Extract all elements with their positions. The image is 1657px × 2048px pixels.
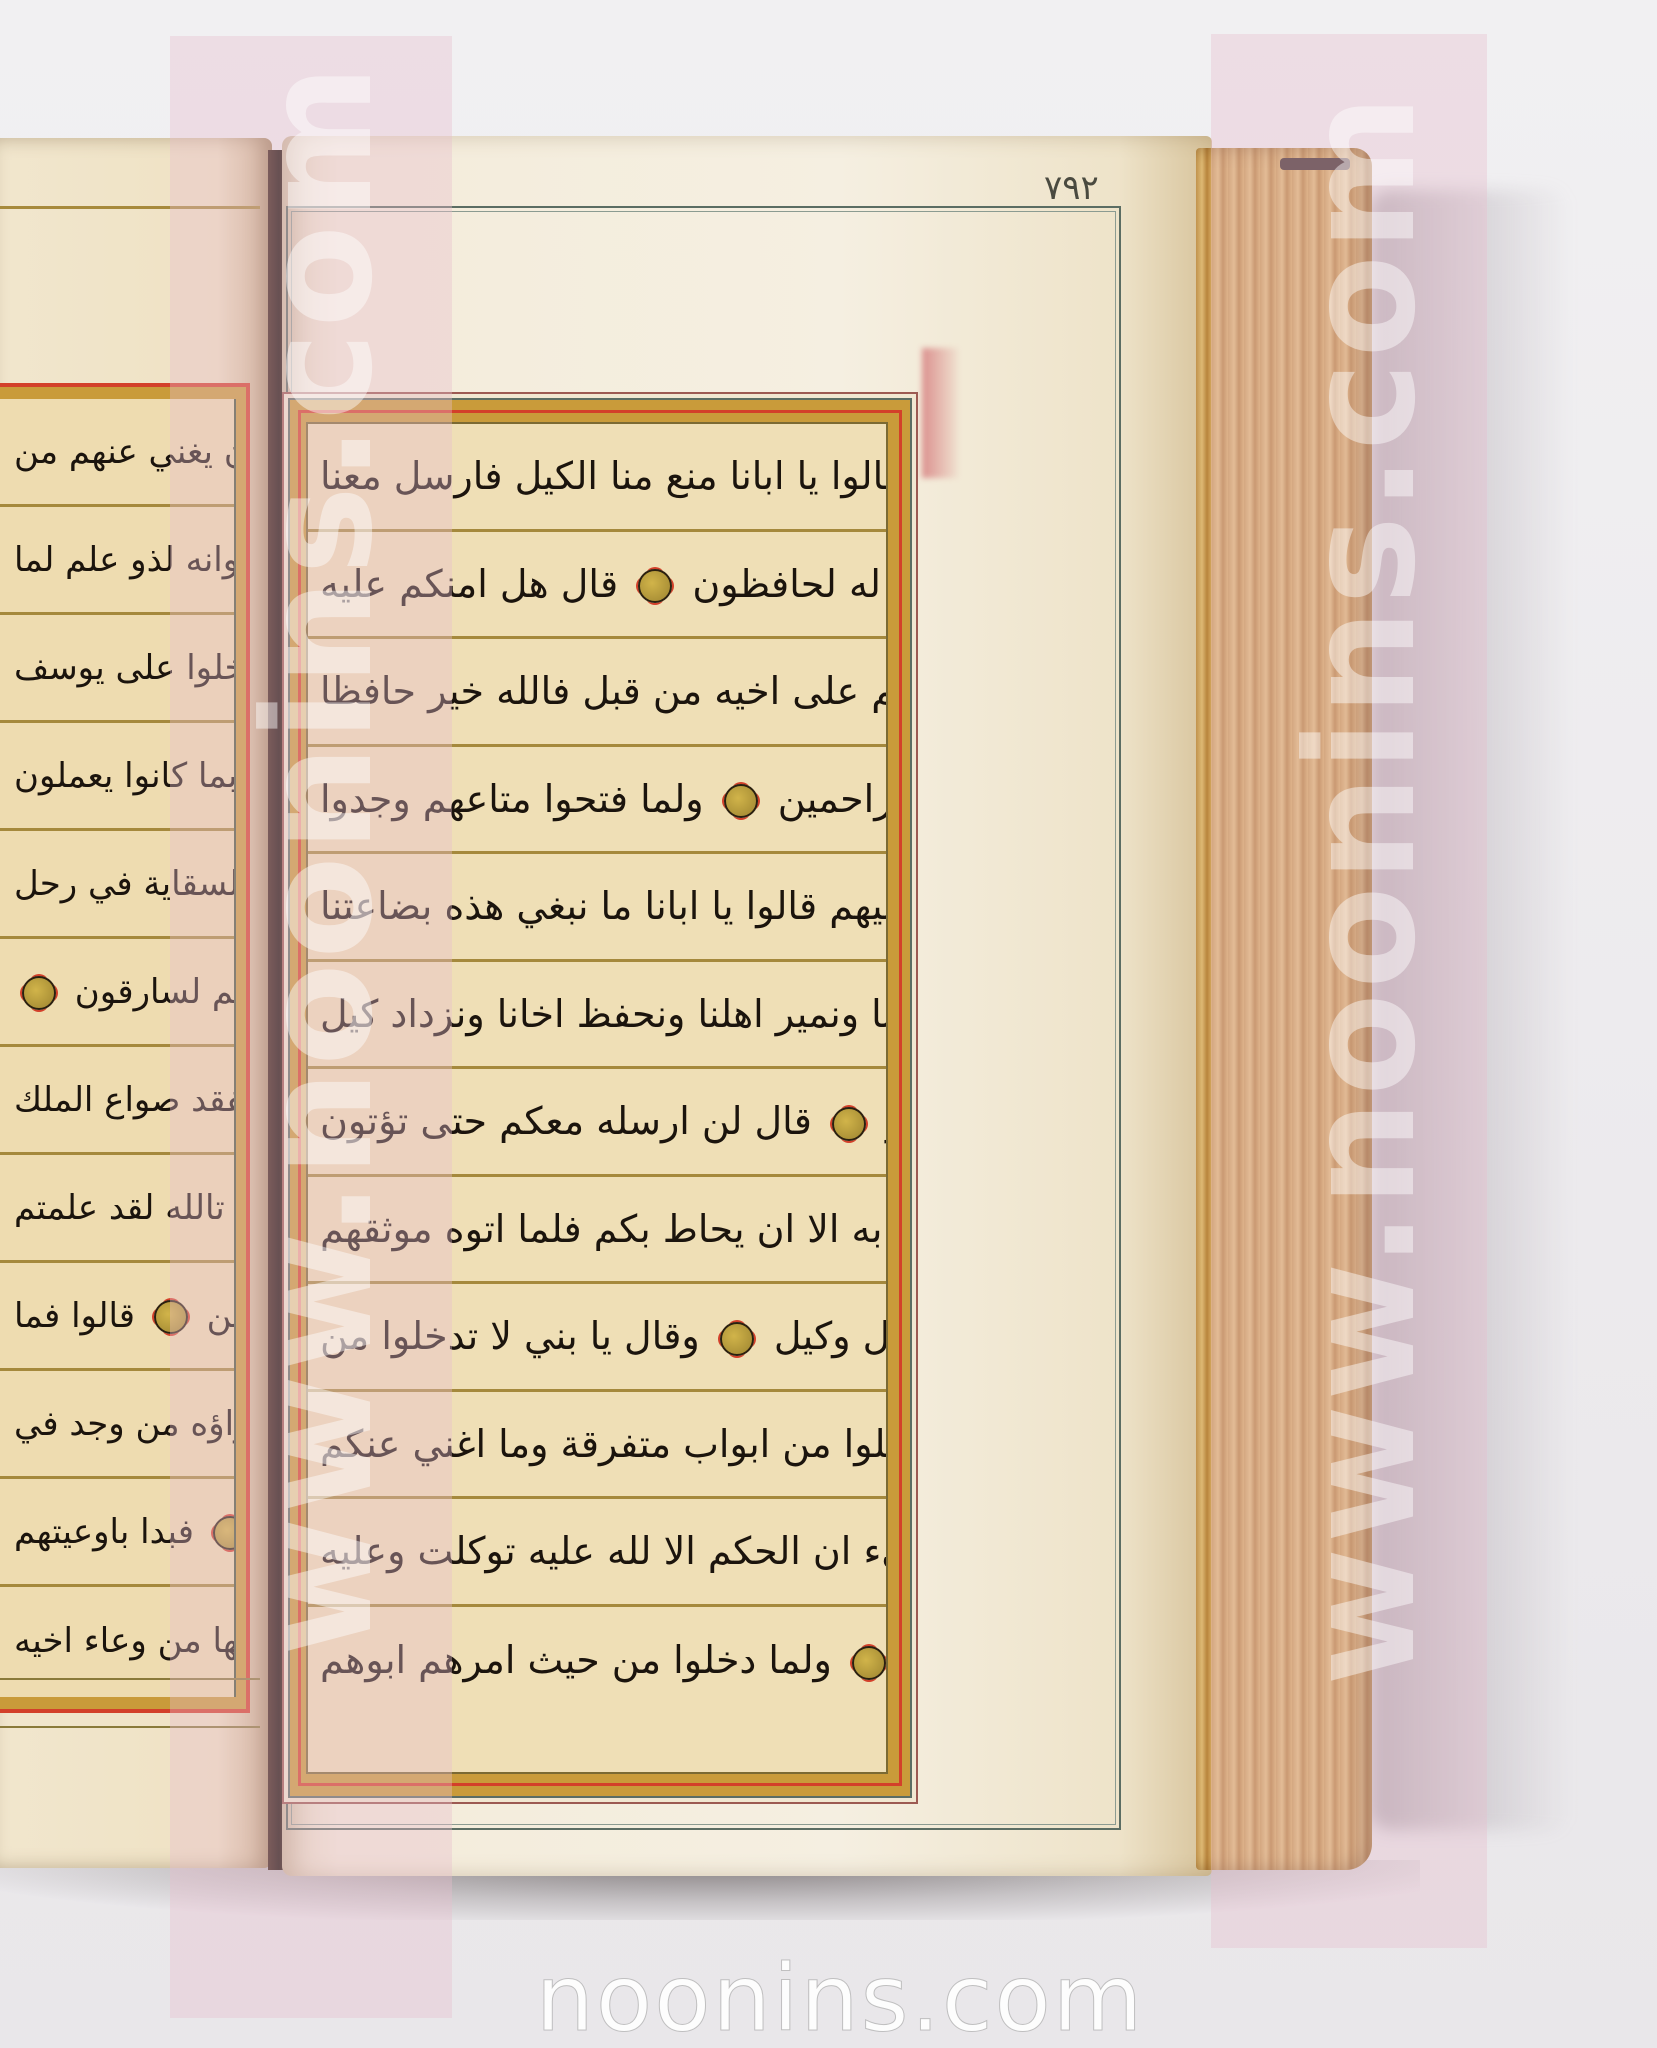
red-ink-stain: [922, 348, 958, 478]
watermark-text-left: www.noonins.com: [232, 60, 406, 2020]
verse-marker-icon: [724, 784, 758, 818]
watermark-text-bottom: noonins.com: [530, 1945, 1150, 2048]
verse-marker-icon: [852, 1646, 886, 1680]
manuscript-photo: ما كان يغني عنهم من قضيها وانه لذو علم ل…: [0, 0, 1657, 2048]
verse-marker-icon: [638, 569, 672, 603]
verse-marker-icon: [832, 1107, 866, 1141]
verse-marker-icon: [22, 976, 56, 1010]
folio-number: ٧٩٢: [1044, 168, 1099, 208]
watermark-text-right: www.noonins.com: [1275, 90, 1449, 1940]
verse-marker-icon: [720, 1322, 754, 1356]
